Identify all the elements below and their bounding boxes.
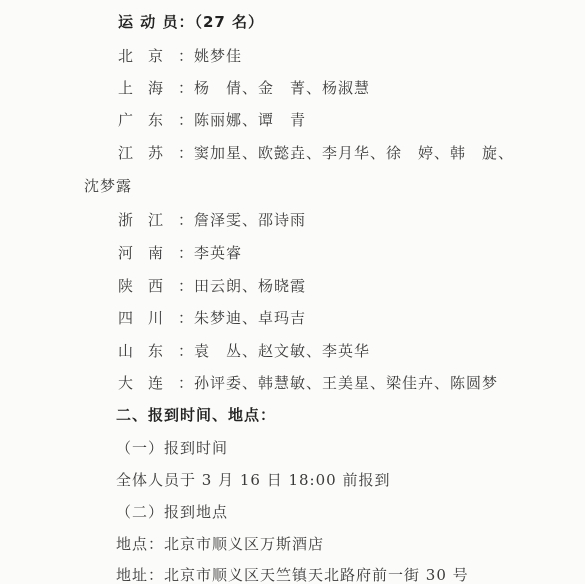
- address-line: 地址：北京市顺义区天竺镇天北路府前一街 30 号: [116, 565, 469, 584]
- province-row-dalian: 大连：孙评委、韩慧敏、王美星、梁佳卉、陈圆梦: [118, 373, 498, 393]
- province-row-henan: 河南：李英睿: [118, 243, 242, 263]
- sub2-title: （二）报到地点: [116, 502, 228, 522]
- province-row-shaanxi: 陕西：田云朗、杨晓霞: [118, 276, 306, 296]
- athletes-header: 运 动 员：（27 名）: [118, 12, 264, 32]
- sub1-title: （一）报到时间: [116, 438, 228, 458]
- province-row-jiangsu: 江苏：窦加星、欧懿垚、李月华、徐 婷、韩 旋、: [118, 143, 514, 163]
- province-row-guangdong: 广东：陈丽娜、谭 青: [118, 110, 306, 130]
- sub1-text: 全体人员于 3 月 16 日 18:00 前报到: [116, 470, 390, 490]
- province-row-shanghai: 上海：杨 倩、金 菁、杨淑慧: [118, 78, 370, 98]
- province-row-sichuan: 四川：朱梦迪、卓玛吉: [118, 308, 306, 328]
- jiangsu-wrap-line: 沈梦露: [84, 176, 132, 196]
- venue-line: 地点：北京市顺义区万斯酒店: [116, 534, 324, 554]
- section2-title: 二、报到时间、地点：: [116, 405, 276, 425]
- province-row-zhejiang: 浙江：詹泽雯、邵诗雨: [118, 210, 306, 230]
- province-row-shandong: 山东：袁 丛、赵文敏、李英华: [118, 341, 370, 361]
- province-row-beijing: 北京：姚梦佳: [118, 46, 242, 66]
